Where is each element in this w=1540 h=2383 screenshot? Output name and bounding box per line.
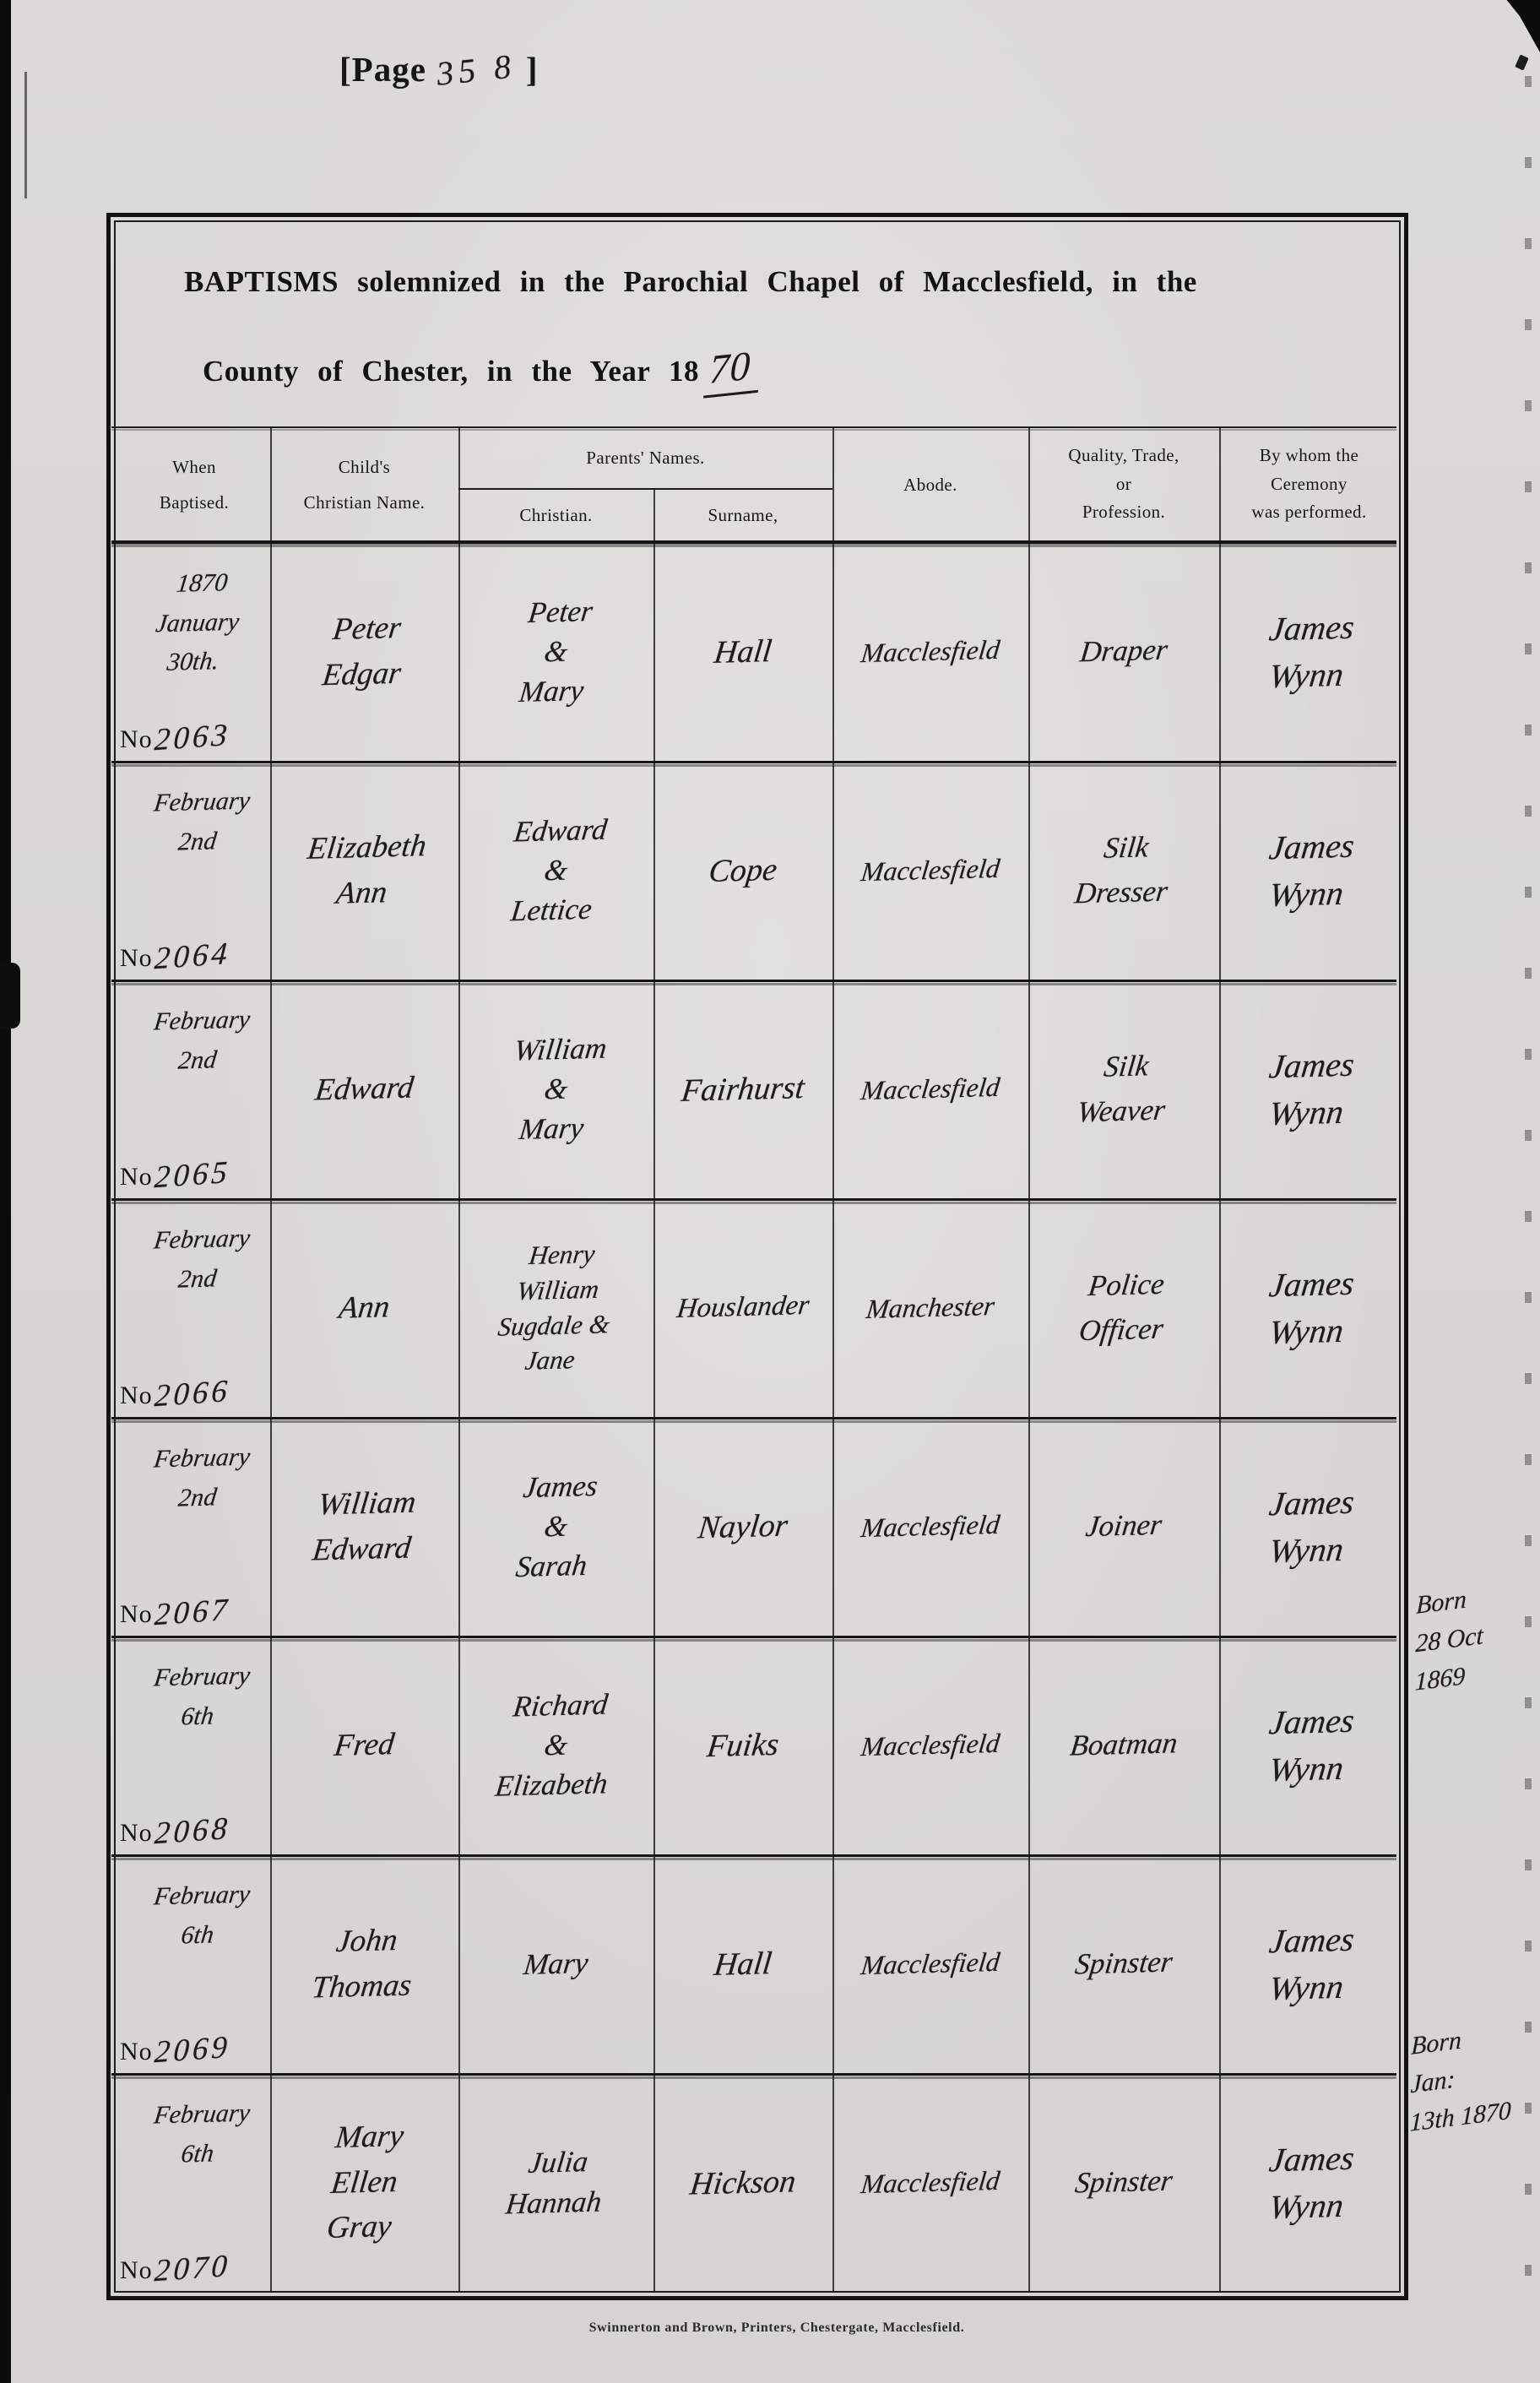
abode-cell: Macclesfield — [820, 540, 1041, 763]
child-name-cell: Elizabeth Ann — [258, 758, 471, 982]
entry-number: No 2063 — [120, 719, 230, 756]
surname-cell: Hall — [641, 540, 845, 763]
entry-number: No 2067 — [120, 1594, 230, 1631]
entry-number-value: 2063 — [153, 717, 231, 759]
no-label: No — [120, 1163, 153, 1191]
entry-number-value: 2064 — [153, 936, 231, 978]
child-name-cell: Peter Edgar — [258, 540, 471, 763]
register-row: 1870 January 30th. Peter Edgar Peter & M… — [106, 542, 1399, 761]
profession-cell: Draper — [1016, 540, 1232, 763]
abode-cell: Macclesfield — [820, 758, 1041, 982]
register-row: February 6th Mary Ellen Gray Julia Hanna… — [106, 2073, 1399, 2292]
minister-cell: James Wynn — [1207, 1196, 1412, 1419]
parents-christian-cell: Peter & Mary — [446, 540, 666, 763]
minister-cell: James Wynn — [1207, 1852, 1412, 2075]
scan-mark — [0, 963, 20, 1029]
child-name-cell: Mary Ellen Gray — [258, 2071, 471, 2294]
header-abode: Abode. — [832, 426, 1028, 542]
entry-number: No 2065 — [120, 1157, 230, 1193]
profession-cell: Boatman — [1016, 1633, 1232, 1857]
no-label: No — [120, 1600, 153, 1629]
register-row: February 2nd Elizabeth Ann Edward & Lett… — [106, 761, 1399, 980]
register-title-line2-text: County of Chester, in the Year 18 — [203, 355, 699, 388]
no-label: No — [120, 944, 153, 973]
parents-christian-cell: Mary — [446, 1852, 666, 2076]
parents-christian-cell: Richard & Elizabeth — [446, 1633, 666, 1857]
handwritten-year: 70 — [703, 341, 760, 398]
surname-cell: Houslander — [641, 1196, 845, 1419]
abode-cell: Manchester — [820, 1196, 1041, 1419]
profession-cell: Silk Dresser — [1016, 758, 1232, 982]
abode-cell: Macclesfield — [820, 1633, 1041, 1857]
header-parents-surname: Surname, — [653, 488, 832, 542]
header-childs-name: Child's Christian Name. — [270, 426, 458, 542]
no-label: No — [120, 2038, 153, 2066]
entry-number-value: 2070 — [153, 2248, 231, 2290]
register-title-line2: County of Chester, in the Year 18 70 — [203, 345, 759, 395]
child-name-cell: Edward — [258, 977, 471, 1201]
surname-cell: Cope — [641, 758, 845, 981]
entry-number: No 2068 — [120, 1813, 230, 1849]
surname-cell: Hall — [641, 1852, 845, 2075]
profession-cell: Joiner — [1016, 1414, 1232, 1638]
parents-christian-cell: James & Sarah — [446, 1414, 666, 1638]
register-title-line1: BAPTISMS solemnized in the Parochial Cha… — [184, 265, 1366, 299]
child-name-cell: Fred — [258, 1633, 471, 1857]
surname-cell: Fairhurst — [641, 977, 845, 1200]
scan-corner-mark — [1491, 0, 1540, 52]
register-row: February 6th Fred Richard & Elizabeth Fu… — [106, 1636, 1399, 1854]
page-label-prefix: [Page — [339, 49, 426, 90]
parents-christian-cell: Henry William Sugdale & Jane — [446, 1196, 666, 1419]
entry-number: No 2064 — [120, 938, 230, 974]
parents-christian-cell: William & Mary — [446, 977, 666, 1201]
parents-christian-cell: Edward & Lettice — [446, 758, 666, 982]
profession-cell: Police Officer — [1016, 1196, 1232, 1419]
register-page-scan: [Page 35 8 ] BAPTISMS solemnized in the … — [0, 0, 1540, 2383]
header-when-baptised: When Baptised. — [118, 426, 270, 542]
scan-right-edge-marks — [1525, 76, 1532, 2305]
minister-cell: James Wynn — [1207, 977, 1412, 1200]
header-by-whom: By whom the Ceremony was performed. — [1219, 426, 1399, 542]
entry-number: No 2069 — [120, 2032, 230, 2068]
entry-number: No 2066 — [120, 1376, 230, 1412]
register-row: February 2nd Ann Henry William Sugdale &… — [106, 1198, 1399, 1417]
entry-number-value: 2067 — [153, 1592, 231, 1634]
entry-number-value: 2068 — [153, 1810, 231, 1853]
entry-number: No 2070 — [120, 2250, 230, 2287]
register-row: February 2nd Edward William & Mary Fairh… — [106, 980, 1399, 1198]
abode-cell: Macclesfield — [820, 2071, 1041, 2294]
no-label: No — [120, 1819, 153, 1848]
header-quality-trade: Quality, Trade, or Profession. — [1028, 426, 1219, 542]
baptism-register-table: BAPTISMS solemnized in the Parochial Cha… — [106, 213, 1408, 2300]
entry-number-value: 2069 — [153, 2029, 231, 2071]
scan-left-edge — [0, 0, 11, 2383]
child-name-cell: Ann — [258, 1196, 471, 1419]
child-name-cell: John Thomas — [258, 1852, 471, 2076]
handwritten-page-number: 35 8 — [431, 46, 521, 94]
no-label: No — [120, 725, 153, 754]
page-number-header: [Page 35 8 ] — [339, 49, 539, 90]
parents-christian-cell: Julia Hannah — [446, 2071, 666, 2294]
abode-cell: Macclesfield — [820, 1414, 1041, 1638]
surname-cell: Hickson — [641, 2071, 845, 2293]
surname-cell: Naylor — [641, 1414, 845, 1637]
scan-mark — [24, 72, 27, 198]
register-row: February 6th John Thomas Mary Hall Maccl… — [106, 1854, 1399, 2073]
minister-cell: James Wynn — [1207, 2071, 1412, 2293]
no-label: No — [120, 2256, 153, 2285]
entry-number-value: 2066 — [153, 1373, 231, 1415]
margin-note-born-date: Born Jan: 13th 1870 — [1409, 2011, 1537, 2142]
page-label-suffix: ] — [526, 49, 539, 90]
no-label: No — [120, 1381, 153, 1410]
profession-cell: Silk Weaver — [1016, 977, 1232, 1201]
printer-imprint: Swinnerton and Brown, Printers, Chesterg… — [473, 2321, 1081, 2336]
minister-cell: James Wynn — [1207, 758, 1412, 981]
minister-cell: James Wynn — [1207, 1633, 1412, 1856]
header-parents-names: Parents' Names. — [458, 426, 832, 488]
minister-cell: James Wynn — [1207, 540, 1412, 763]
abode-cell: Macclesfield — [820, 1852, 1041, 2076]
child-name-cell: William Edward — [258, 1414, 471, 1638]
abode-cell: Macclesfield — [820, 977, 1041, 1201]
minister-cell: James Wynn — [1207, 1414, 1412, 1637]
scan-mark — [1515, 54, 1529, 70]
entry-number-value: 2065 — [153, 1154, 231, 1197]
register-row: February 2nd William Edward James & Sara… — [106, 1417, 1399, 1636]
header-parents-christian: Christian. — [458, 488, 653, 542]
surname-cell: Fuiks — [641, 1633, 845, 1856]
profession-cell: Spinster — [1016, 1852, 1232, 2076]
margin-note-born-date: Born 28 Oct 1869 — [1414, 1571, 1540, 1702]
profession-cell: Spinster — [1016, 2071, 1232, 2294]
